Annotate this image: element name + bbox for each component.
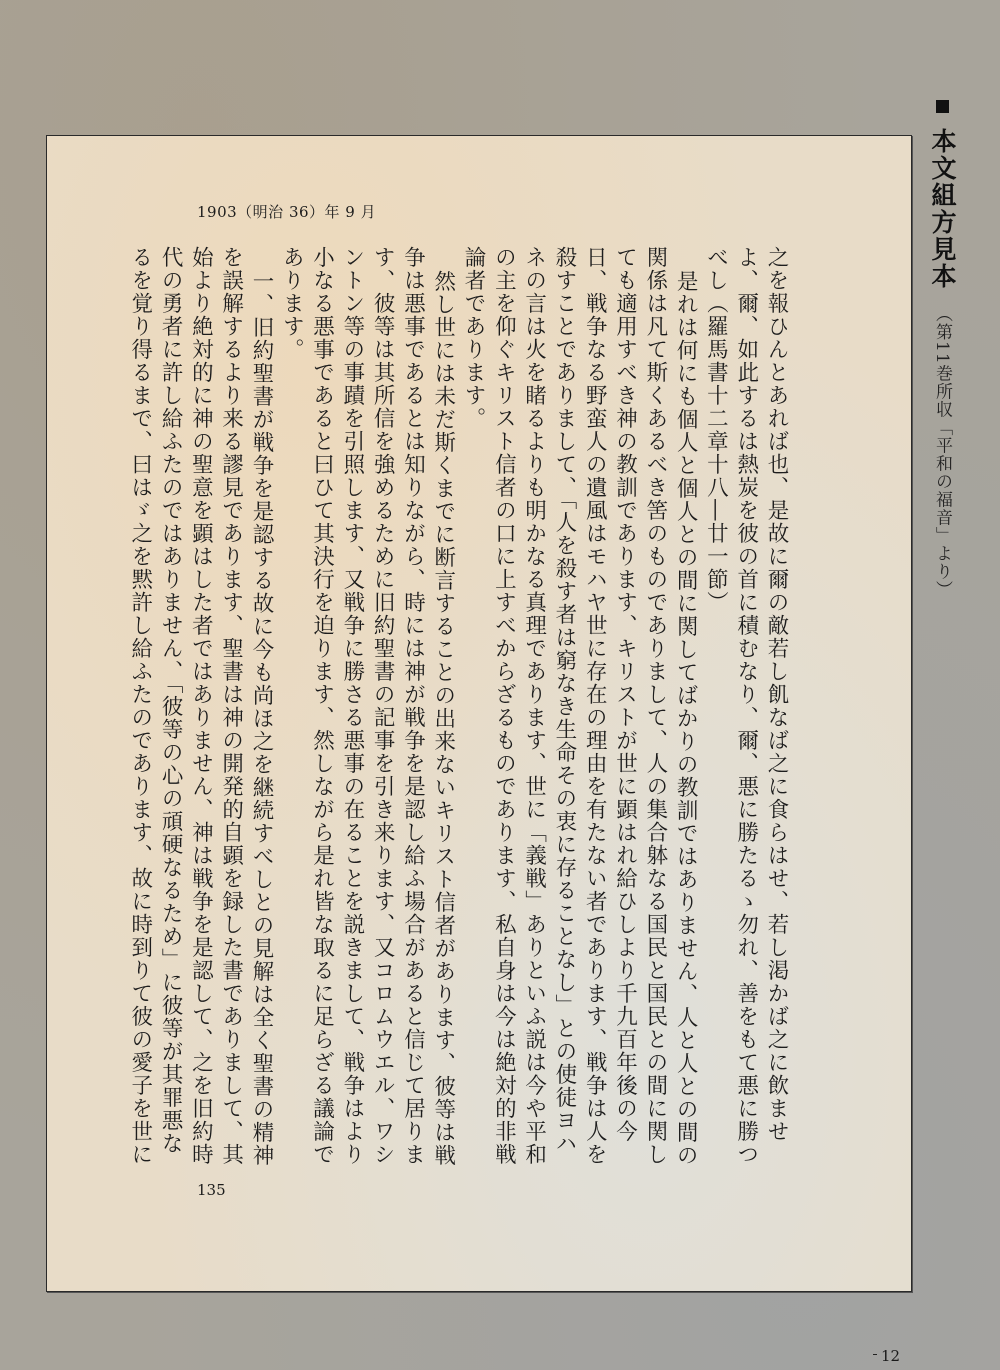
paragraph: 一、旧約聖書が戦争を是認する故に今も尚ほ之を継続すべしとの見解は全く聖書の精神を… — [124, 246, 275, 1176]
side-header: 本文組方見本 （第11巻所収「平和の福音」より） — [924, 100, 960, 599]
inner-page-number: 135 — [197, 1181, 226, 1199]
body-text: 之を報ひんとあれば也、是故に爾の敵若し飢なば之に食らはせ、若し渇かば之に飲ませよ… — [124, 246, 791, 1176]
section-subtitle: （第11巻所収「平和の福音」より） — [932, 305, 952, 599]
sample-page: 1903（明治 36）年 9 月 之を報ひんとあれば也、是故に爾の敵若し飢なば之… — [46, 135, 912, 1292]
paragraph: 然し世には未だ斯くまでに断言することの出来ないキリスト信者があります、彼等は戦争… — [276, 246, 458, 1176]
date-line: 1903（明治 36）年 9 月 — [197, 201, 376, 222]
outer-page-number: 12 — [873, 1347, 900, 1365]
section-title: 本文組方見本 — [928, 128, 957, 290]
dash-mark — [873, 1354, 877, 1355]
paragraph: 是れは何にも個人と個人との間に関してばかりの教訓ではありません、人と人との間の関… — [458, 246, 700, 1176]
black-square-icon — [936, 100, 949, 113]
page-number-text: 12 — [881, 1347, 900, 1365]
paragraph-quote: 之を報ひんとあれば也、是故に爾の敵若し飢なば之に食らはせ、若し渇かば之に飲ませよ… — [700, 246, 791, 1176]
